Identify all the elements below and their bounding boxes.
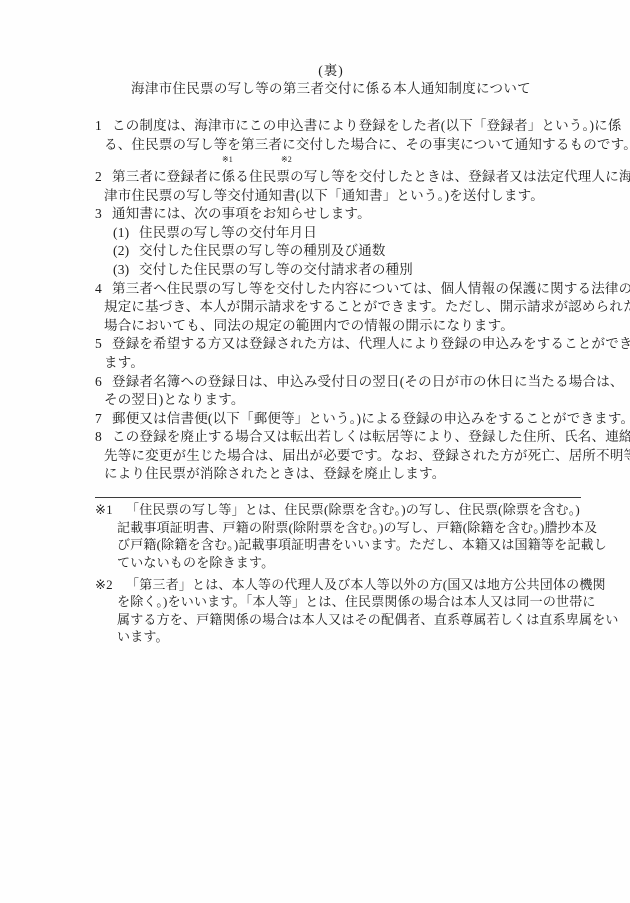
sub-item-1-text: 住民票の写し等の交付年月日 [139, 225, 317, 240]
item-8-line-3: により住民票が消除されたときは、登録を廃止します。 [95, 465, 627, 484]
item-8-text: この登録を廃止する場合又は転出若しくは転居等により、登録した住所、氏名、連絡 [112, 429, 630, 444]
footnote-divider [95, 497, 581, 498]
item-3-number: 3 [95, 205, 112, 224]
item-3-text: 通知書には、次の事項をお知らせします。 [112, 206, 371, 221]
item-4-text: 第三者へ住民票の写し等を交付した内容については、個人情報の保護に関する法律の [112, 281, 630, 296]
footnote-2-line-1: ※2「第三者」とは、本人等の代理人及び本人等以外の方(国又は地方公共団体の機関 [95, 576, 627, 594]
scanned-document-page: (裏) 海津市住民票の写し等の第三者交付に係る本人通知制度について 1この制度は… [0, 0, 630, 903]
footnote-1-line-4: ていないものを除きます。 [95, 554, 627, 572]
sub-item-3-marker: (3) [113, 261, 139, 280]
footnote-2-line-4: います。 [95, 628, 627, 646]
item-3-sub-3: (3)交付した住民票の写し等の交付請求者の種別 [95, 261, 627, 280]
item-1-text: この制度は、海津市にこの申込書により登録をした者(以下「登録者」という。)に係 [112, 118, 622, 133]
item-2-number: 2 [95, 168, 112, 187]
item-6-number: 6 [95, 373, 112, 392]
item-7-text: 郵便又は信書便(以下「郵便等」という。)による登録の申込みをすることができます。 [112, 411, 630, 426]
item-4-number: 4 [95, 280, 112, 299]
item-5-number: 5 [95, 335, 112, 354]
item-4-line-2: 規定に基づき、本人が開示請求をすることができます。ただし、開示請求が認められた [95, 298, 627, 317]
document-body: 1この制度は、海津市にこの申込書により登録をした者(以下「登録者」という。)に係… [95, 117, 627, 646]
footnote-1-line-2: 記載事項証明書、戸籍の附票(除附票を含む。)の写し、戸籍(除籍を含む。)謄抄本及 [95, 519, 627, 537]
sub-item-1-marker: (1) [113, 224, 139, 243]
footnote-2-marker: ※2 [95, 576, 126, 594]
item-2-line-1: 2第三者に登録者に係る住民票の写し等を交付したときは、登録者又は法定代理人に海 [95, 168, 627, 187]
footnote-1-text: 「住民票の写し等」とは、住民票(除票を含む。)の写し、住民票(除票を含む。) [126, 502, 580, 517]
item-2-text: 第三者に登録者に係る住民票の写し等を交付したときは、登録者又は法定代理人に海 [112, 169, 630, 184]
sub-item-3-text: 交付した住民票の写し等の交付請求者の種別 [139, 262, 413, 277]
ref-mark-1: ※1 [222, 155, 233, 164]
footnote-2-line-3: 属する方を、戸籍関係の場合は本人又はその配偶者、直系尊属若しくは直系卑属をい [95, 611, 627, 629]
item-2-line-2: 津市住民票の写し等交付通知書(以下「通知書」という。)を送付します。 [95, 187, 627, 206]
item-1-number: 1 [95, 117, 112, 136]
document-title: 海津市住民票の写し等の第三者交付に係る本人通知制度について [16, 79, 630, 98]
item-8-line-1: 8この登録を廃止する場合又は転出若しくは転居等により、登録した住所、氏名、連絡 [95, 428, 627, 447]
item-5-line-2: ます。 [95, 354, 627, 373]
footnote-1-marker: ※1 [95, 501, 126, 519]
sub-item-2-marker: (2) [113, 242, 139, 261]
footnote-1-line-3: び戸籍(除籍を含む。)記載事項証明書をいいます。ただし、本籍又は国籍等を記載し [95, 536, 627, 554]
item-3-sub-2: (2)交付した住民票の写し等の種別及び通数 [95, 242, 627, 261]
footnote-1-line-1: ※1「住民票の写し等」とは、住民票(除票を含む。)の写し、住民票(除票を含む。) [95, 501, 627, 519]
item-4-line-3: 場合においても、同法の規定の範囲内での情報の開示になります。 [95, 317, 627, 336]
side-label: (裏) [16, 62, 630, 79]
sub-item-2-text: 交付した住民票の写し等の種別及び通数 [139, 243, 386, 258]
item-6-text: 登録者名簿への登録日は、申込み受付日の翌日(その日が市の休日に当たる場合は、 [112, 374, 624, 389]
item-1-line-1: 1この制度は、海津市にこの申込書により登録をした者(以下「登録者」という。)に係 [95, 117, 627, 136]
item-6-line-1: 6登録者名簿への登録日は、申込み受付日の翌日(その日が市の休日に当たる場合は、 [95, 373, 627, 392]
item-7-number: 7 [95, 410, 112, 429]
item-3-sub-1: (1)住民票の写し等の交付年月日 [95, 224, 627, 243]
item-4-line-1: 4第三者へ住民票の写し等を交付した内容については、個人情報の保護に関する法律の [95, 280, 627, 299]
item-3-line-1: 3通知書には、次の事項をお知らせします。 [95, 205, 627, 224]
ref-mark-2: ※2 [281, 155, 292, 164]
item-1-line-2: る、住民票の写し等を第三者に交付した場合に、その事実について通知するものです。 [95, 136, 627, 155]
footnote-2-text: 「第三者」とは、本人等の代理人及び本人等以外の方(国又は地方公共団体の機関 [126, 577, 606, 592]
item-7-line-1: 7郵便又は信書便(以下「郵便等」という。)による登録の申込みをすることができます… [95, 410, 627, 429]
item-5-line-1: 5登録を希望する方又は登録された方は、代理人により登録の申込みをすることができ [95, 335, 627, 354]
footnote-2-line-2: を除く。)をいいます。「本人等」とは、住民票関係の場合は本人又は同一の世帯に [95, 593, 627, 611]
item-5-text: 登録を希望する方又は登録された方は、代理人により登録の申込みをすることができ [112, 336, 630, 351]
item-8-number: 8 [95, 428, 112, 447]
document-header: (裏) 海津市住民票の写し等の第三者交付に係る本人通知制度について [16, 62, 630, 98]
item-6-line-2: その翌日)となります。 [95, 391, 627, 410]
inline-reference-row: ※1 ※2 [95, 154, 627, 168]
item-8-line-2: 先等に変更が生じた場合は、届出が必要です。なお、登録された方が死亡、居所不明等 [95, 447, 627, 466]
